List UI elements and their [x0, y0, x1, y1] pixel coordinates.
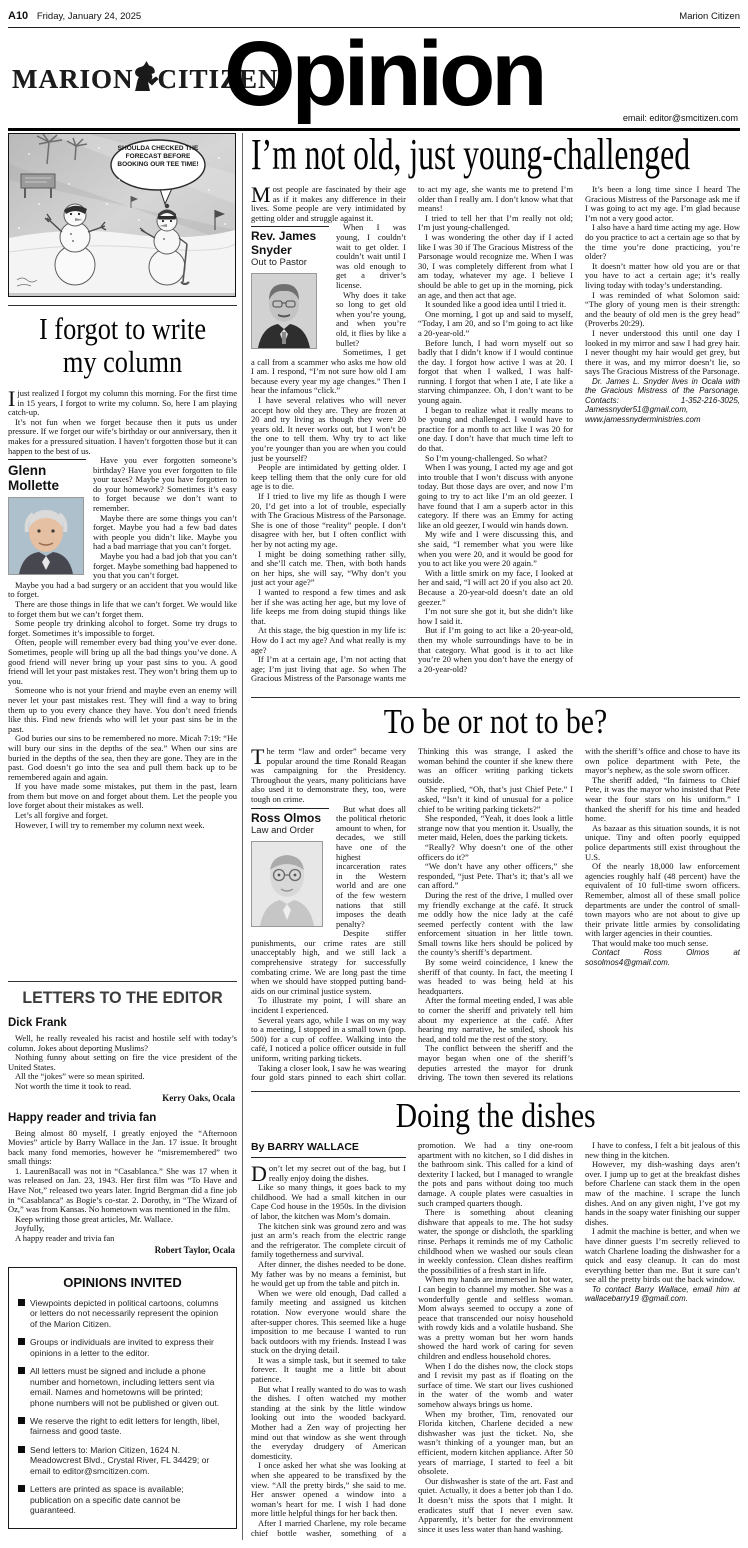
square-bullet-icon	[18, 1446, 25, 1453]
column-divider	[242, 133, 243, 1540]
letter-dick-frank: Well, he really revealed his racist and …	[8, 1034, 237, 1092]
article-paragraph: The term “law and order” became very pop…	[251, 747, 406, 805]
newspaper-page: A10 Friday, January 24, 2025 Marion Citi…	[0, 0, 748, 1548]
olmos-column-name: Law and Order	[251, 826, 329, 837]
square-bullet-icon	[18, 1299, 25, 1306]
olmos-author-name: Ross Olmos	[251, 812, 329, 825]
article-paragraph: However, my dish-washing days aren’t ove…	[585, 1160, 740, 1227]
bullet-text: We reserve the right to edit letters for…	[30, 1416, 227, 1437]
article-paragraph: She responded, “Yeah, it does look a lit…	[418, 814, 573, 843]
article-paragraph: I also have a hard time acting my age. H…	[585, 223, 740, 261]
letters-header: LETTERS TO THE EDITOR	[8, 989, 237, 1008]
article-paragraph: Like so many things, it goes back to my …	[251, 1183, 406, 1221]
bullet-text: All letters must be signed and include a…	[30, 1366, 227, 1408]
article-paragraph: When I was young, I acted my age and got…	[418, 463, 573, 530]
wallace-contact-line: To contact Barry Wallace, email him at w…	[585, 1285, 740, 1304]
mollette-intro-paragraphs: I just realized I forgot my column this …	[8, 389, 237, 456]
opinions-invited-box: OPINIONS INVITED Viewpoints depicted in …	[8, 1267, 237, 1529]
letter-signature: Kerry Oaks, Ocala	[8, 1093, 235, 1103]
article-paragraph: Most people are fascinated by their age …	[251, 185, 406, 223]
article-paragraph: Of the nearly 18,000 law enforcement age…	[585, 862, 740, 939]
article-paragraph: By some weird coincidence, I knew the sh…	[418, 958, 573, 996]
snyder-column-name: Out to Pastor	[251, 258, 329, 269]
article-paragraph: I once asked her what she was looking at…	[251, 1461, 406, 1519]
article-paragraph: I began to realize what it really means …	[418, 406, 573, 454]
bullet-item: Groups or individuals are invited to exp…	[18, 1337, 227, 1358]
letter-paragraph: 1. LaurenBacall was not in “Casablanca.”…	[8, 1167, 237, 1215]
article-paragraph: It’s been a long time since I heard The …	[585, 185, 740, 223]
letter-paragraph: Nothing funny about setting on fire the …	[8, 1053, 237, 1072]
folio-left: A10 Friday, January 24, 2025	[8, 10, 141, 22]
masthead: MARION CITIZEN Opinion email: editor@smc…	[8, 32, 740, 131]
wallace-headline: Doing the dishes	[251, 1098, 740, 1133]
editorial-cartoon: Shoulda checked the forecast before book…	[8, 133, 236, 297]
article-paragraph: Often, people will remember every bad th…	[8, 638, 237, 686]
section-rule	[8, 981, 237, 982]
article-paragraph: There is something about cleaning dishwa…	[418, 1208, 573, 1275]
article-paragraph: If I tried to live my life as though I w…	[251, 492, 406, 550]
square-bullet-icon	[18, 1485, 25, 1492]
byline-rule	[8, 459, 86, 460]
bullet-text: Send letters to: Marion Citizen, 1624 N.…	[30, 1445, 227, 1476]
olmos-headline: To be or not to be?	[251, 704, 740, 739]
article-paragraph: After dinner, the dishes needed to be do…	[251, 1260, 406, 1289]
snyder-contact-line: Dr. James L. Snyder lives in Ocala with …	[585, 377, 740, 424]
email-line: email: editor@smcitizen.com	[623, 113, 738, 123]
article-paragraph: I was wondering the other day if I acted…	[418, 233, 573, 300]
article-paragraph: Sometimes, I get a call from a scammer w…	[251, 348, 406, 396]
cartoon-speech-text: Shoulda checked the forecast before book…	[113, 145, 203, 168]
article-paragraph: I have to confess, I felt a bit jealous …	[585, 1141, 740, 1160]
article-paragraph: To illustrate my point, I will share an …	[251, 996, 406, 1015]
article-paragraph: I wanted to respond a few times and ask …	[251, 588, 406, 626]
mollette-author-name: Glenn Mollette	[8, 463, 86, 493]
article-paragraph: With a little smirk on my face, I looked…	[418, 569, 573, 607]
right-area: I’m not old, just young-challenged Most …	[251, 133, 740, 1547]
section-rule	[8, 305, 237, 306]
article-paragraph: Maybe you had a bad surgery or an accide…	[8, 581, 237, 600]
logo-word-marion: MARION	[12, 64, 134, 95]
byline-rule	[251, 226, 329, 227]
article-paragraph: One morning, I got up and said to myself…	[418, 310, 573, 339]
page-number: A10	[8, 10, 28, 22]
olmos-article: The term “law and order” became very pop…	[251, 747, 740, 1085]
ross-olmos-photo	[251, 841, 323, 927]
section-title: Opinion	[224, 26, 543, 123]
article-paragraph: At this stage, the big question in my li…	[251, 626, 406, 655]
article-paragraph: I was reminded of what Solomon said: “Th…	[585, 291, 740, 329]
article-paragraph: Don’t let my secret out of the bag, but …	[251, 1164, 406, 1183]
article-paragraph: The kitchen sink was ground zero and was…	[251, 1222, 406, 1260]
article-paragraph: If you have made some mistakes, put them…	[8, 782, 237, 811]
letter-trivia-fan: Being almost 80 myself, I greatly enjoye…	[8, 1129, 237, 1244]
article-paragraph: Our dishwasher is state of the art. Fast…	[418, 1477, 573, 1535]
article-paragraph: I have several relatives who will never …	[251, 396, 406, 463]
article-paragraph: When my hands are immersed in hot water,…	[418, 1275, 573, 1361]
article-paragraph: Several years ago, while I was on my way…	[251, 1016, 406, 1064]
snyder-headline: I’m not old, just young-challenged	[251, 133, 740, 177]
snyder-author-name: Rev. James Snyder	[251, 230, 329, 257]
letter-paragraph: Well, he really revealed his racist and …	[8, 1034, 237, 1053]
article-paragraph: “Really? Why doesn’t one of the other of…	[418, 843, 573, 862]
byline-rule	[251, 808, 329, 809]
article-paragraph: I just realized I forgot my column this …	[8, 389, 237, 418]
date-label: Friday, January 24, 2025	[37, 11, 141, 22]
article-paragraph: As bazaar as this situation sounds, it i…	[585, 824, 740, 862]
bullet-item: Letters are printed as space is availabl…	[18, 1484, 227, 1515]
article-paragraph: Before lunch, I had worn myself out so b…	[418, 339, 573, 406]
article-paragraph: “We don’t have any other officers,” she …	[418, 862, 573, 891]
olmos-intro-paragraphs: The term “law and order” became very pop…	[251, 747, 406, 805]
article-paragraph: Despite stiffer punishments, our crime r…	[251, 929, 406, 996]
article-paragraph: I never understood this until one day I …	[585, 329, 740, 377]
article-paragraph: But if I’m going to act like a 20-year-o…	[418, 626, 573, 674]
article-paragraph: The sheriff added, “In fairness to Chief…	[585, 776, 740, 824]
bullet-text: Letters are printed as space is availabl…	[30, 1484, 227, 1515]
article-paragraph: Some people try drinking alcohol to forg…	[8, 619, 237, 638]
article-paragraph: I tried to tell her that I’m really not …	[418, 214, 573, 233]
section-rule	[251, 1091, 740, 1092]
article-paragraph: When I do the dishes now, the clock stop…	[418, 1362, 573, 1410]
mollette-headline: I forgot to write my column	[25, 312, 220, 379]
bullet-item: We reserve the right to edit letters for…	[18, 1416, 227, 1437]
article-paragraph: However, I will try to remember my colum…	[8, 821, 237, 831]
bullet-text: Viewpoints depicted in political cartoon…	[30, 1298, 227, 1329]
article-paragraph: I’m not sure she got it, but she didn’t …	[418, 607, 573, 626]
glenn-mollette-photo	[8, 497, 84, 575]
article-paragraph: When my brother, Tim, renovated our Flor…	[418, 1410, 573, 1477]
article-paragraph: I admit the machine is better, and when …	[585, 1227, 740, 1285]
article-paragraph: God buries our sins to be remembered no …	[8, 734, 237, 782]
bullet-item: All letters must be signed and include a…	[18, 1366, 227, 1408]
horse-icon	[128, 60, 162, 92]
article-paragraph: It was a simple task, but it seemed to t…	[251, 1356, 406, 1385]
wallace-paragraphs: Don’t let my secret out of the bag, but …	[251, 1141, 740, 1547]
article-paragraph: People are intimidated by getting older.…	[251, 463, 406, 492]
paper-name-label: Marion Citizen	[679, 11, 740, 22]
article-paragraph: When we were old enough, Dad called a fa…	[251, 1289, 406, 1356]
olmos-contact-line: Contact Ross Olmos at sosolmos4@gmail.co…	[585, 948, 740, 967]
james-snyder-photo	[251, 273, 317, 349]
article-paragraph: I might be doing something rather silly,…	[251, 550, 406, 588]
article-paragraph: After the formal meeting ended, I was ab…	[418, 996, 573, 1044]
opinions-invited-bullets: Viewpoints depicted in political cartoon…	[18, 1298, 227, 1516]
article-paragraph: But what I really wanted to do was to wa…	[251, 1385, 406, 1462]
article-paragraph: It doesn’t matter how old you are or tha…	[585, 262, 740, 291]
letter-paragraph: Being almost 80 myself, I greatly enjoye…	[8, 1129, 237, 1167]
square-bullet-icon	[18, 1417, 25, 1424]
article-paragraph: It’s not fun when we forget because then…	[8, 418, 237, 456]
mollette-article: I just realized I forgot my column this …	[8, 389, 237, 975]
article-paragraph: There are those things in life that we c…	[8, 600, 237, 619]
letter-title-trivia-fan: Happy reader and trivia fan	[8, 1112, 237, 1124]
bullet-text: Groups or individuals are invited to exp…	[30, 1337, 227, 1358]
article-paragraph: My wife and I were discussing this, and …	[418, 530, 573, 568]
wallace-article: By BARRY WALLACE Don’t let my secret out…	[251, 1141, 740, 1547]
snyder-article: Most people are fascinated by their age …	[251, 185, 740, 691]
article-paragraph: That would make too much sense.	[585, 939, 740, 949]
letter-paragraph: A happy reader and trivia fan	[8, 1234, 237, 1244]
opinions-invited-header: OPINIONS INVITED	[18, 1275, 227, 1290]
letter-title-dick-frank: Dick Frank	[8, 1017, 237, 1029]
article-paragraph: Someone who is not your friend and maybe…	[8, 686, 237, 734]
article-paragraph: She replied, “Oh, that’s just Chief Pete…	[418, 785, 573, 814]
square-bullet-icon	[18, 1367, 25, 1374]
wallace-byline: By BARRY WALLACE	[251, 1141, 406, 1158]
square-bullet-icon	[18, 1338, 25, 1345]
left-column: Shoulda checked the forecast before book…	[8, 133, 237, 1529]
olmos-byline: Ross Olmos Law and Order	[251, 808, 329, 927]
article-paragraph: During the rest of the drive, I mulled o…	[418, 891, 573, 958]
mollette-byline: Glenn Mollette	[8, 459, 86, 575]
letter-paragraph: Not worth the time it took to read.	[8, 1082, 237, 1092]
bullet-item: Send letters to: Marion Citizen, 1624 N.…	[18, 1445, 227, 1476]
bullet-item: Viewpoints depicted in political cartoon…	[18, 1298, 227, 1329]
section-rule	[251, 697, 740, 698]
letter-signature: Robert Taylor, Ocala	[8, 1245, 235, 1255]
snyder-intro-paragraphs: Most people are fascinated by their age …	[251, 185, 406, 223]
snyder-byline: Rev. James Snyder Out to Pastor	[251, 226, 329, 349]
